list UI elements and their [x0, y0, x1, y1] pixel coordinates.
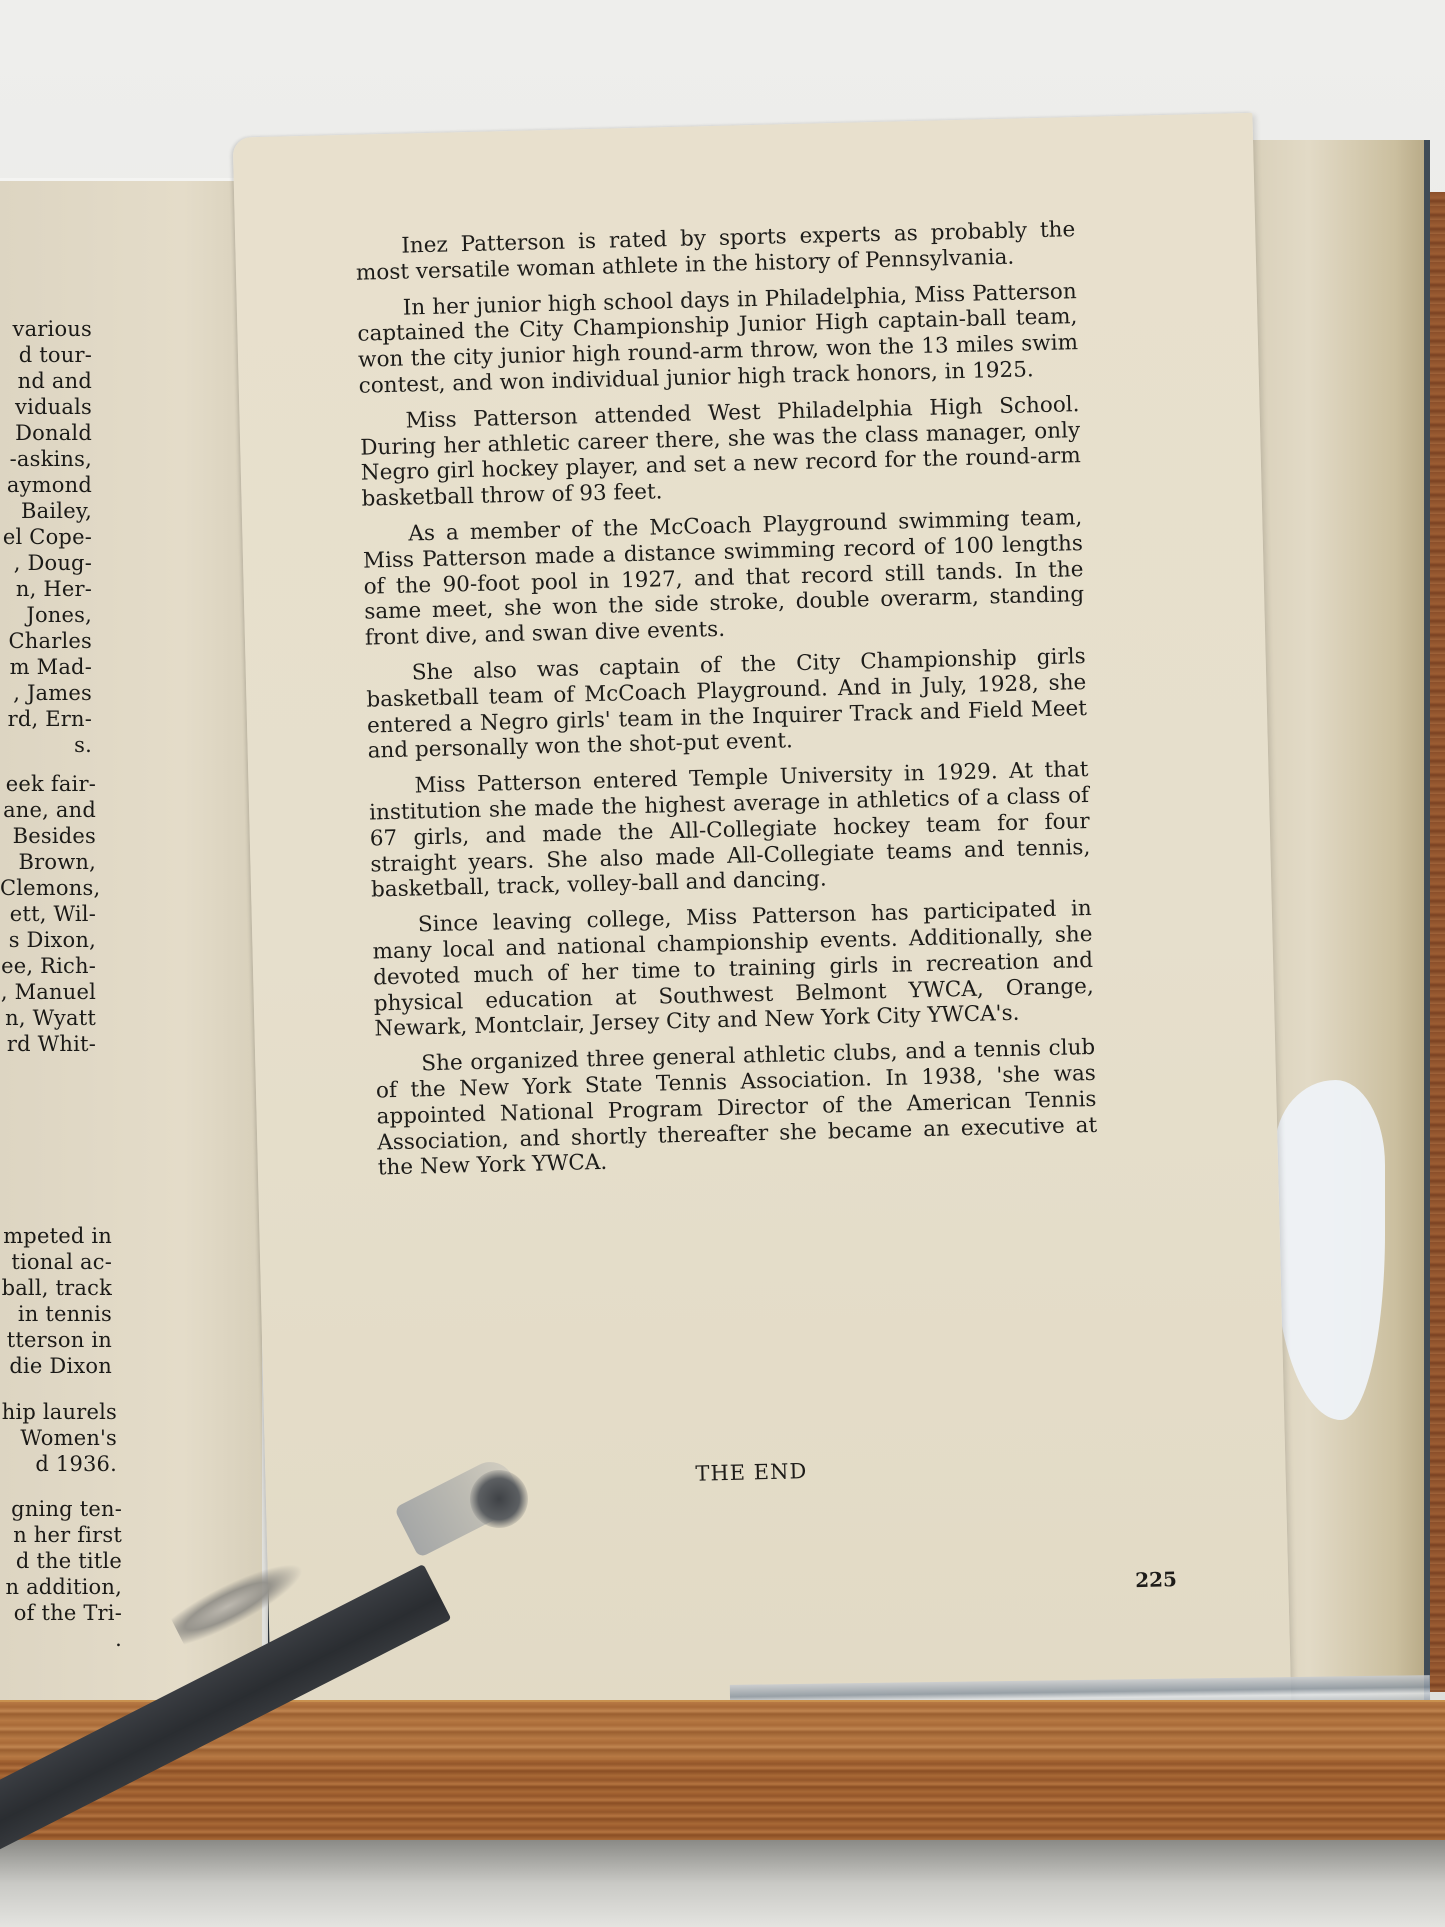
left-page-line: viduals — [0, 394, 92, 420]
left-page-line: various — [0, 316, 92, 342]
left-page-line: n, Wyatt — [0, 1005, 96, 1031]
book-stand-front — [0, 1760, 1445, 1840]
left-page-line: nd and — [0, 368, 92, 394]
left-page-line: ane, and — [0, 797, 96, 823]
stand-shadow — [0, 1840, 1445, 1927]
left-page-line: Charles — [0, 628, 92, 654]
left-page-line: ee, Rich- — [0, 953, 96, 979]
left-page-line: tterson in — [0, 1327, 112, 1353]
paragraph: Miss Patterson entered Temple University… — [368, 757, 1091, 904]
paragraph: She also was captain of the City Champio… — [366, 644, 1088, 765]
left-page-line: rd Whit- — [0, 1031, 96, 1057]
left-page-line: , James — [0, 680, 92, 706]
page-number: 225 — [1135, 1567, 1177, 1592]
left-page-line: ett, Wil- — [0, 901, 96, 927]
paragraph: She organized three general athletic clu… — [375, 1035, 1098, 1182]
left-page-line: Bailey, — [0, 498, 92, 524]
left-page-line: Besides — [0, 823, 96, 849]
left-page-line: n, Her- — [0, 576, 92, 602]
left-page-line: n her first — [0, 1522, 122, 1548]
paragraph: In her junior high school days in Philad… — [357, 279, 1079, 400]
left-page-line: aymond — [0, 472, 92, 498]
left-page-line: gning ten- — [0, 1496, 122, 1522]
left-page-line: n addition, — [0, 1574, 122, 1600]
page-holder-tip-pad — [470, 1470, 528, 1528]
paragraph: As a member of the McCoach Playground sw… — [362, 505, 1085, 652]
left-page-line: in tennis — [0, 1301, 112, 1327]
left-page-line: Brown, — [0, 849, 96, 875]
left-page-line: eek fair- — [0, 771, 96, 797]
book-page: Inez Patterson is rated by sports expert… — [233, 113, 1292, 1732]
left-page-line: s. — [0, 732, 92, 758]
left-page-line: tional ac- — [0, 1249, 112, 1275]
left-page-line: die Dixon — [0, 1353, 112, 1379]
left-page-text-block-4: hip laurelsWomen'sd 1936. — [0, 1399, 130, 1477]
paragraph: Inez Patterson is rated by sports expert… — [355, 217, 1076, 286]
left-page-line: Women's — [0, 1425, 117, 1451]
left-page-line: m Mad- — [0, 654, 92, 680]
left-page-line: d 1936. — [0, 1451, 117, 1477]
left-page-line: Donald — [0, 420, 92, 446]
the-end-label: THE END — [695, 1459, 807, 1486]
left-page-line: hip laurels — [0, 1399, 117, 1425]
left-page-line: of the Tri- — [0, 1600, 122, 1626]
left-page-line: . — [0, 1626, 122, 1652]
left-page-text-block-3: mpeted intional ac-ball, trackin tennist… — [0, 1223, 130, 1379]
left-page-line: , Doug- — [0, 550, 92, 576]
page-body-text: Inez Patterson is rated by sports expert… — [355, 217, 1098, 1191]
left-page-text-block-2: eek fair-ane, andBesidesBrown,Clemons,et… — [0, 771, 130, 1057]
left-page-line: rd, Ern- — [0, 706, 92, 732]
left-page: variousd tour-nd andvidualsDonald-askins… — [0, 178, 262, 1719]
left-page-line: -askins, — [0, 446, 92, 472]
left-page-line: mpeted in — [0, 1223, 112, 1249]
left-page-line: el Cope- — [0, 524, 92, 550]
left-page-text-block-1: variousd tour-nd andvidualsDonald-askins… — [0, 316, 130, 758]
left-page-line: d the title — [0, 1548, 122, 1574]
left-page-line: d tour- — [0, 342, 92, 368]
left-page-line: Clemons, — [0, 875, 96, 901]
left-page-line: Jones, — [0, 602, 92, 628]
left-page-line: s Dixon, — [0, 927, 96, 953]
left-page-text-block-5: gning ten-n her firstd the titlen additi… — [0, 1496, 130, 1652]
paragraph: Since leaving college, Miss Patterson ha… — [372, 896, 1095, 1043]
left-page-line: , Manuel — [0, 979, 96, 1005]
paragraph: Miss Patterson attended West Philadelphi… — [359, 392, 1081, 513]
left-page-line: ball, track — [0, 1275, 112, 1301]
